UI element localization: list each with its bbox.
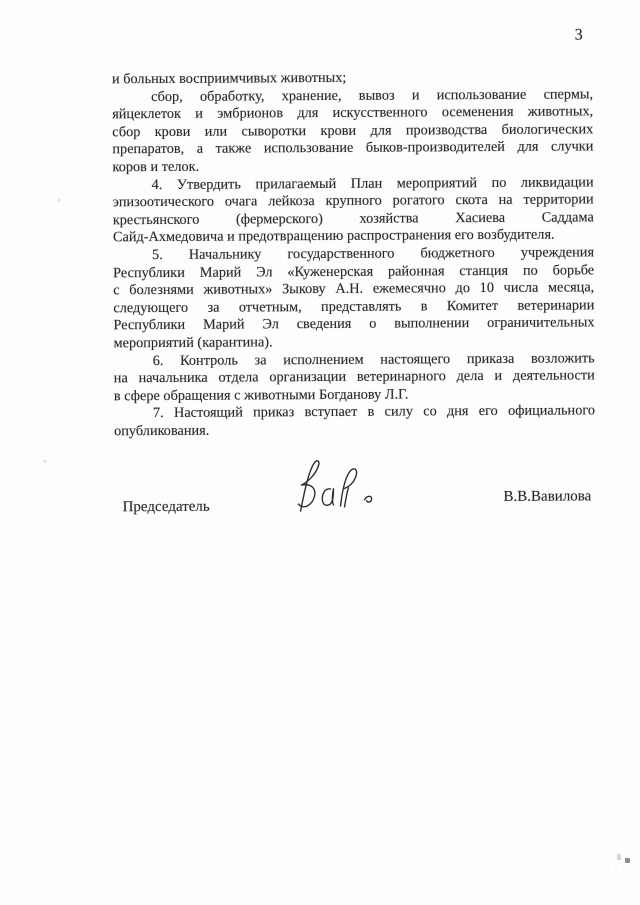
scan-speck [625, 858, 630, 863]
text-line: на начальника отдела организации ветерин… [114, 367, 595, 388]
text-line: 7. Настоящий приказ вступает в силу со д… [114, 403, 595, 424]
scan-speck [43, 460, 46, 463]
paragraph-item-5: 5. Начальнику государственного бюджетног… [113, 244, 595, 352]
text-line: опубликования. [114, 420, 595, 441]
scanned-document-page: 3 и больных восприимчивых животных; сбор… [0, 0, 640, 905]
paragraph-item-6: 6. Контроль за исполнением настоящего пр… [114, 350, 595, 406]
paragraph-item-7: 7. Настоящий приказ вступает в силу со д… [114, 403, 595, 441]
paragraph-item-4: 4. Утвердить прилагаемый План мероприяти… [113, 174, 594, 247]
scan-speck [617, 854, 621, 860]
signer-name: В.В.Вавилова [503, 488, 591, 506]
text-line: Республики Марий Эл сведения о выполнени… [113, 315, 594, 336]
text-line: препаратов, а также использование быков-… [112, 139, 593, 160]
scan-area: 3 и больных восприимчивых животных; сбор… [0, 0, 640, 905]
document-body: и больных восприимчивых животных; сбор, … [112, 68, 595, 440]
paragraph: сбор, обработку, хранение, вывоз и испол… [112, 86, 594, 177]
text-line: 5. Начальнику государственного бюджетног… [113, 244, 594, 265]
signature-block: Председатель В.В.Вавилова [0, 0, 638, 2]
handwritten-signature-icon [288, 458, 380, 519]
page-number: 3 [559, 26, 599, 44]
scan-speck [58, 199, 61, 202]
scan-speck [615, 865, 617, 867]
signer-position-title: Председатель [123, 499, 210, 517]
